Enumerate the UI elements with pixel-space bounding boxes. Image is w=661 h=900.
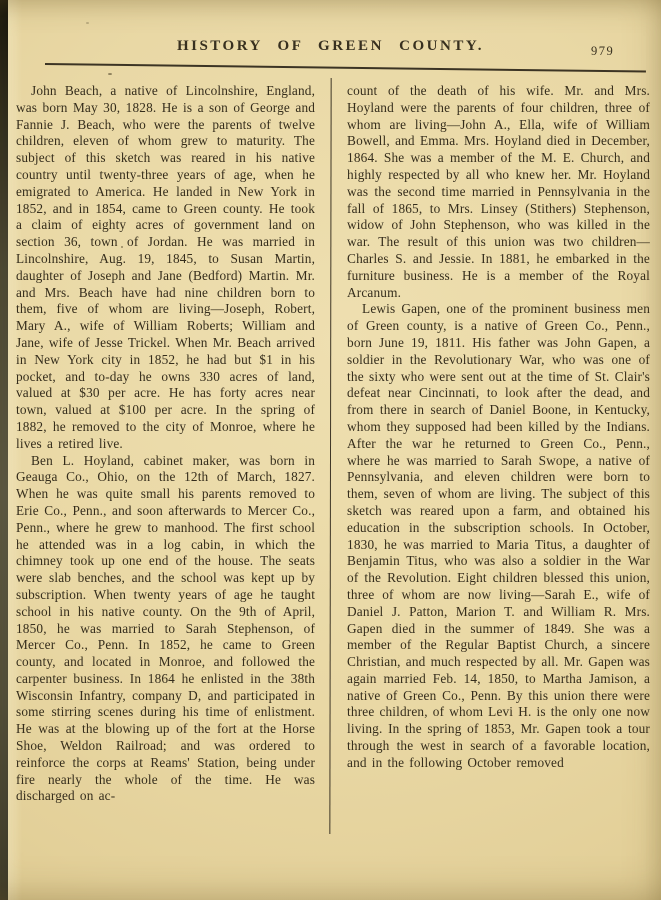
right-column: count of the death of his wife. Mr. and …: [347, 83, 650, 805]
book-page-scan: HISTORY OF GREEN COUNTY. 979 John Beach,…: [0, 0, 661, 900]
paper-speck: [86, 22, 89, 24]
header-rule: [45, 63, 646, 72]
paragraph-hoyland-continued: count of the death of his wife. Mr. and …: [347, 83, 650, 301]
paper-speck: [108, 73, 112, 75]
paper-speck: [121, 246, 123, 248]
page-number: 979: [591, 44, 614, 59]
paragraph-lewis-gapen: Lewis Gapen, one of the prominent busine…: [347, 301, 650, 771]
paragraph-john-beach: John Beach, a native of Lincolnshire, En…: [16, 83, 315, 453]
left-column: John Beach, a native of Lincolnshire, En…: [16, 83, 315, 805]
paragraph-ben-hoyland: Ben L. Hoyland, cabinet maker, was born …: [16, 453, 315, 806]
scan-binding-edge: [0, 0, 8, 900]
running-title: HISTORY OF GREEN COUNTY.: [0, 38, 661, 55]
text-body: John Beach, a native of Lincolnshire, En…: [16, 83, 650, 805]
